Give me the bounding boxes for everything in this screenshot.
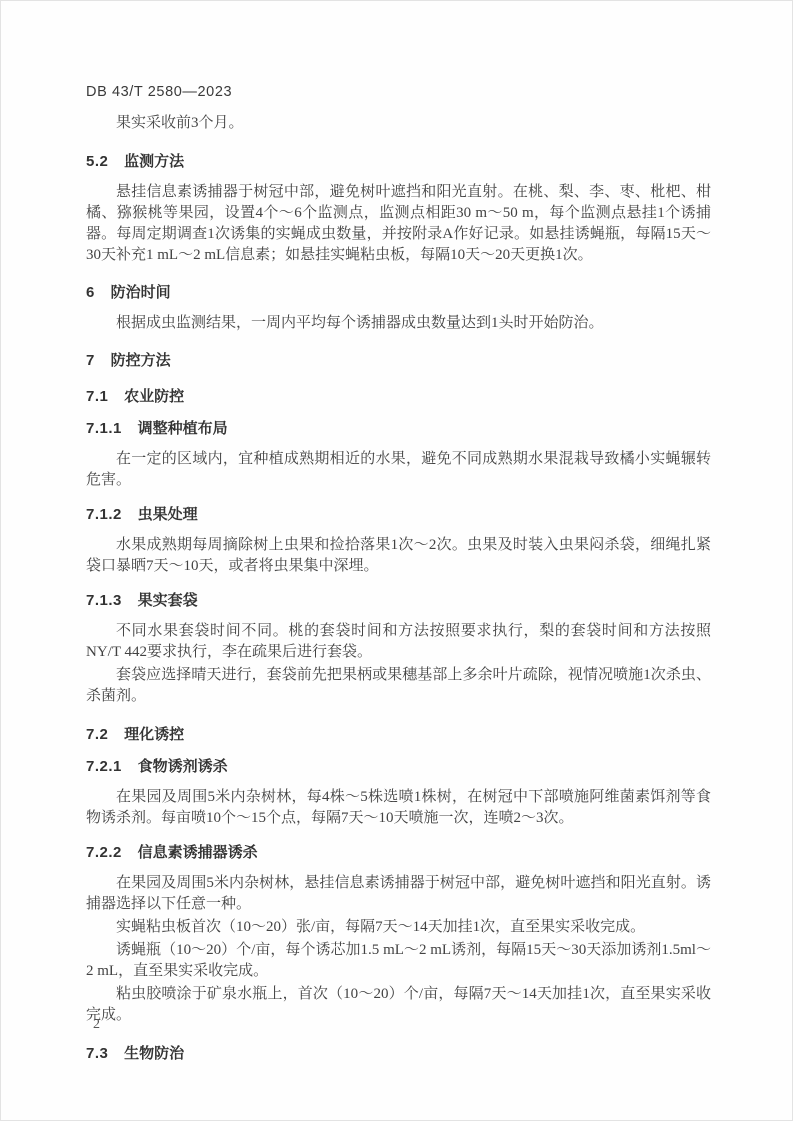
section-heading-7: 7防控方法 [86, 353, 711, 369]
section-number: 7.1.3 [86, 592, 122, 609]
page-number: 2 [93, 1017, 100, 1033]
section-title: 果实套袋 [138, 592, 198, 609]
paragraph: 水果成熟期每周摘除树上虫果和捡拾落果1次～2次。虫果及时装入虫果闷杀袋，细绳扎紧… [86, 535, 711, 577]
paragraph: 套袋应选择晴天进行，套袋前先把果柄或果穗基部上多余叶片疏除，视情况喷施1次杀虫、… [86, 665, 711, 707]
section-title: 虫果处理 [138, 506, 198, 523]
section-number: 5.2 [86, 153, 108, 170]
paragraph: 在果园及周围5米内杂树林，悬挂信息素诱捕器于树冠中部，避免树叶遮挡和阳光直射。诱… [86, 873, 711, 915]
paragraph: 在果园及周围5米内杂树林，每4株～5株选喷1株树，在树冠中下部喷施阿维菌素饵剂等… [86, 787, 711, 829]
paragraph: 粘虫胶喷涂于矿泉水瓶上，首次（10～20）个/亩，每隔7天～14天加挂1次，直至… [86, 984, 711, 1026]
document-content: 果实采收前3个月。5.2监测方法悬挂信息素诱捕器于树冠中部，避免树叶遮挡和阳光直… [86, 113, 711, 1062]
section-heading-7-1-3: 7.1.3果实套袋 [86, 593, 711, 609]
section-number: 7 [86, 352, 95, 369]
section-number: 6 [86, 284, 95, 301]
document-code-header: DB 43/T 2580—2023 [86, 84, 711, 101]
paragraph: 诱蝇瓶（10～20）个/亩，每个诱芯加1.5 mL～2 mL诱剂，每隔15天～3… [86, 940, 711, 982]
paragraph: 不同水果套袋时间不同。桃的套袋时间和方法按照要求执行，梨的套袋时间和方法按照NY… [86, 621, 711, 663]
section-title: 信息素诱捕器诱杀 [138, 844, 258, 861]
section-heading-7-2-1: 7.2.1食物诱剂诱杀 [86, 759, 711, 775]
section-number: 7.2.2 [86, 844, 122, 861]
section-number: 7.1.1 [86, 420, 122, 437]
section-number: 7.1 [86, 388, 108, 405]
section-number: 7.1.2 [86, 506, 122, 523]
section-heading-6: 6防治时间 [86, 285, 711, 301]
section-title: 调整种植布局 [138, 420, 228, 437]
section-title: 食物诱剂诱杀 [138, 758, 228, 775]
section-number: 7.2.1 [86, 758, 122, 775]
document-page: DB 43/T 2580—2023 果实采收前3个月。5.2监测方法悬挂信息素诱… [0, 0, 793, 1121]
section-heading-7-1-1: 7.1.1调整种植布局 [86, 421, 711, 437]
section-title: 农业防控 [124, 388, 184, 405]
paragraph: 根据成虫监测结果，一周内平均每个诱捕器成虫数量达到1头时开始防治。 [86, 313, 711, 334]
section-heading-7-1: 7.1农业防控 [86, 389, 711, 405]
section-title: 防治时间 [111, 284, 171, 301]
section-heading-7-2-2: 7.2.2信息素诱捕器诱杀 [86, 845, 711, 861]
section-number: 7.2 [86, 726, 108, 743]
paragraph: 悬挂信息素诱捕器于树冠中部，避免树叶遮挡和阳光直射。在桃、梨、李、枣、枇杷、柑橘… [86, 182, 711, 266]
section-title: 防控方法 [111, 352, 171, 369]
section-heading-7-1-2: 7.1.2虫果处理 [86, 507, 711, 523]
paragraph: 在一定的区域内，宜种植成熟期相近的水果，避免不同成熟期水果混栽导致橘小实蝇辗转危… [86, 449, 711, 491]
section-number: 7.3 [86, 1045, 108, 1062]
paragraph: 实蝇粘虫板首次（10～20）张/亩，每隔7天～14天加挂1次，直至果实采收完成。 [86, 917, 711, 938]
paragraph: 果实采收前3个月。 [86, 113, 711, 134]
section-heading-7-2: 7.2理化诱控 [86, 727, 711, 743]
section-title: 监测方法 [124, 153, 184, 170]
section-title: 生物防治 [124, 1045, 184, 1062]
section-heading-7-3: 7.3生物防治 [86, 1046, 711, 1062]
section-heading-5-2: 5.2监测方法 [86, 154, 711, 170]
section-title: 理化诱控 [124, 726, 184, 743]
